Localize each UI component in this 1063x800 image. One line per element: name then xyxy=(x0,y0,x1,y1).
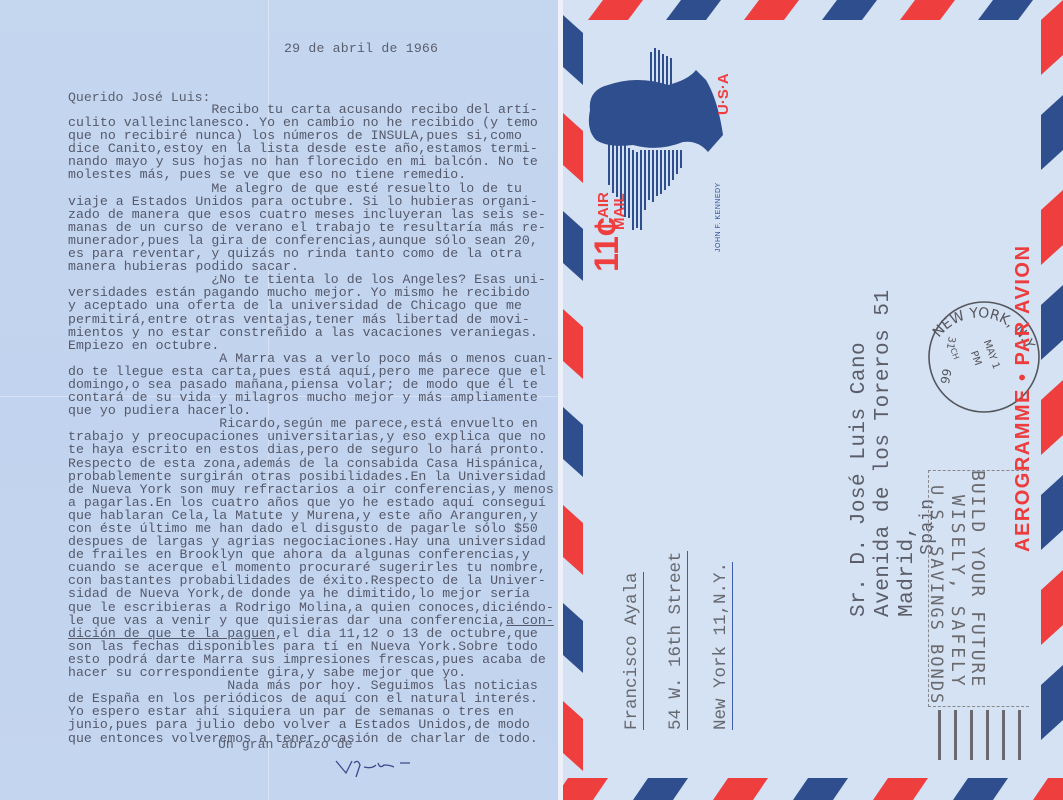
slogan-line-2: WISELY, SAFELY xyxy=(947,495,968,689)
letter-line: probablemente surgirán otras posibilidad… xyxy=(68,470,558,483)
recipient-line-3: Madrid, xyxy=(896,525,919,617)
letter-date: 29 de abril de 1966 xyxy=(284,41,438,56)
sender-name: Francisco Ayala xyxy=(622,572,644,730)
letter-line: zado de manera que esos cuatro meses inc… xyxy=(68,208,558,221)
letter-line: viaje a Estados Unidos para octubre. Si … xyxy=(68,195,558,208)
sender-city: New York 11,N.Y. xyxy=(711,562,733,730)
letter-line: Me alegro de que esté resuelto lo de tu xyxy=(68,182,558,195)
slogan-line-3: U.S. SAVINGS BONDS xyxy=(926,485,946,705)
letter-line: dición de que te la paguen,el dia 11,12 … xyxy=(68,627,558,640)
letter-line: a pagarlas.En los cuatro años que yo he … xyxy=(68,496,558,509)
letter-line: molestes más, pues se ve que eso no tien… xyxy=(68,168,558,181)
letter-line: sidad de Nueva York,de donde ya he dimit… xyxy=(68,587,558,600)
letter-line: Respecto de esta zona,además de la consa… xyxy=(68,457,558,470)
signature-scribble xyxy=(332,755,412,781)
svg-text:AIR: AIR xyxy=(595,192,612,218)
letter-line: y aceptado una oferta de la universidad … xyxy=(68,299,558,312)
svg-text:31: 31 xyxy=(944,335,957,349)
letter-line: junio,pues para julio debo volver a Esta… xyxy=(68,718,558,731)
letter-line: de Nueva York son muy refractarios a oir… xyxy=(68,483,558,496)
svg-text:JOHN F. KENNEDY: JOHN F. KENNEDY xyxy=(715,182,722,252)
letter-line: mientos y no estar constreñido a las vac… xyxy=(68,326,558,339)
kennedy-portrait-icon xyxy=(589,70,723,152)
letter-line: A Marra vas a verlo poco más o menos cua… xyxy=(68,352,558,365)
kennedy-airmail-stamp: 11¢ AIR MAIL U·S·A JOHN F. KENNEDY xyxy=(578,40,768,275)
svg-text:MAIL: MAIL xyxy=(611,193,628,230)
letter-line: manas de un curso de verano el trabajo t… xyxy=(68,221,558,234)
recipient-line-1: Sr. D. José Luis Cano xyxy=(848,342,871,617)
letter-line: son las fechas disponibles para tí en Nu… xyxy=(68,640,558,653)
letter-line: do te llegue esta carta,pues está aquí,p… xyxy=(68,365,558,378)
sender-street: 54 W. 16th Street xyxy=(666,551,688,730)
svg-text:PM: PM xyxy=(968,350,983,368)
aerogramme-par-avion-label: AEROGRAMME • PAR AVION xyxy=(1012,245,1035,552)
cancel-bars xyxy=(938,710,1023,760)
typed-letter: 29 de abril de 1966 Querido José Luis: R… xyxy=(0,0,558,800)
recipient-line-2: Avenida de los Toreros 51 xyxy=(872,289,895,617)
svg-text:U·S·A: U·S·A xyxy=(715,73,732,115)
letter-body: Recibo tu carta acusando recibo del artí… xyxy=(68,103,558,745)
letter-line: permitirá,entre otras ventajas,tener más… xyxy=(68,313,558,326)
letter-line: que le escribieras a Rodrigo Molina,a qu… xyxy=(68,601,558,614)
svg-text:66: 66 xyxy=(937,367,953,384)
svg-text:MAY 1: MAY 1 xyxy=(981,338,1002,370)
letter-line: te haya escrito en estos dias,pero de se… xyxy=(68,443,558,456)
slogan-line-1: BUILD YOUR FUTURE xyxy=(967,470,988,688)
letter-closing: Un gran abrazo de xyxy=(218,737,353,752)
letter-line: Empiezo en octubre. xyxy=(68,339,558,352)
